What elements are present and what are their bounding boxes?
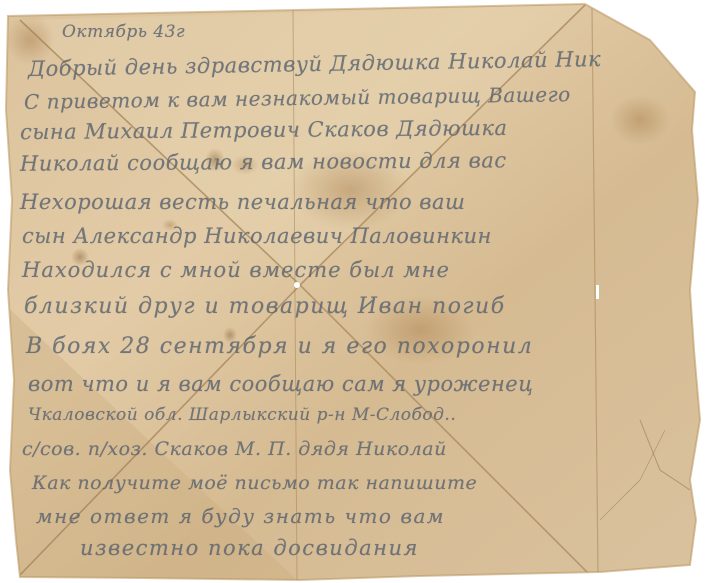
letter-line-4: Николай сообщаю я вам новости для вас — [20, 148, 507, 175]
letter-line-3: сына Михаил Петрович Скаков Дядюшка — [20, 116, 508, 144]
letter-line-12: с/сов. п/хоз. Скаков М. П. дядя Николай — [22, 438, 447, 460]
letter-line-6: сын Александр Николаевич Паловинкин — [22, 224, 492, 248]
letter-sheet: Октябрь 43г Добрый день здравствуй Дядюш… — [0, 0, 710, 583]
letter-line-2: С приветом к вам незнакомый товарищ Ваше… — [24, 82, 571, 114]
letter-line-10: вот что и я вам сообщаю сам я уроженец — [28, 372, 533, 396]
letter-line-14: мне ответ я буду знать что вам — [36, 504, 445, 528]
letter-line-13: Как получите моё письмо так напишите — [32, 472, 477, 494]
letter-line-7: Находился с мной вместе был мне — [22, 258, 450, 282]
letter-line-15: известно пока досвидания — [80, 536, 419, 560]
letter-line-11: Чкаловской обл. Шарлыкский р-н М-Слобод.… — [28, 405, 456, 425]
date-line: Октябрь 43г — [62, 22, 185, 42]
letter-line-9: В боях 28 сентября и я его похоронил — [26, 334, 533, 359]
handwritten-text: Октябрь 43г Добрый день здравствуй Дядюш… — [0, 0, 710, 583]
letter-line-8: близкий друг и товарищ Иван погиб — [24, 294, 506, 319]
letter-line-1: Добрый день здравствуй Дядюшка Николай Н… — [28, 47, 601, 81]
letter-line-5: Нехорошая весть печальная что ваш — [20, 190, 465, 214]
